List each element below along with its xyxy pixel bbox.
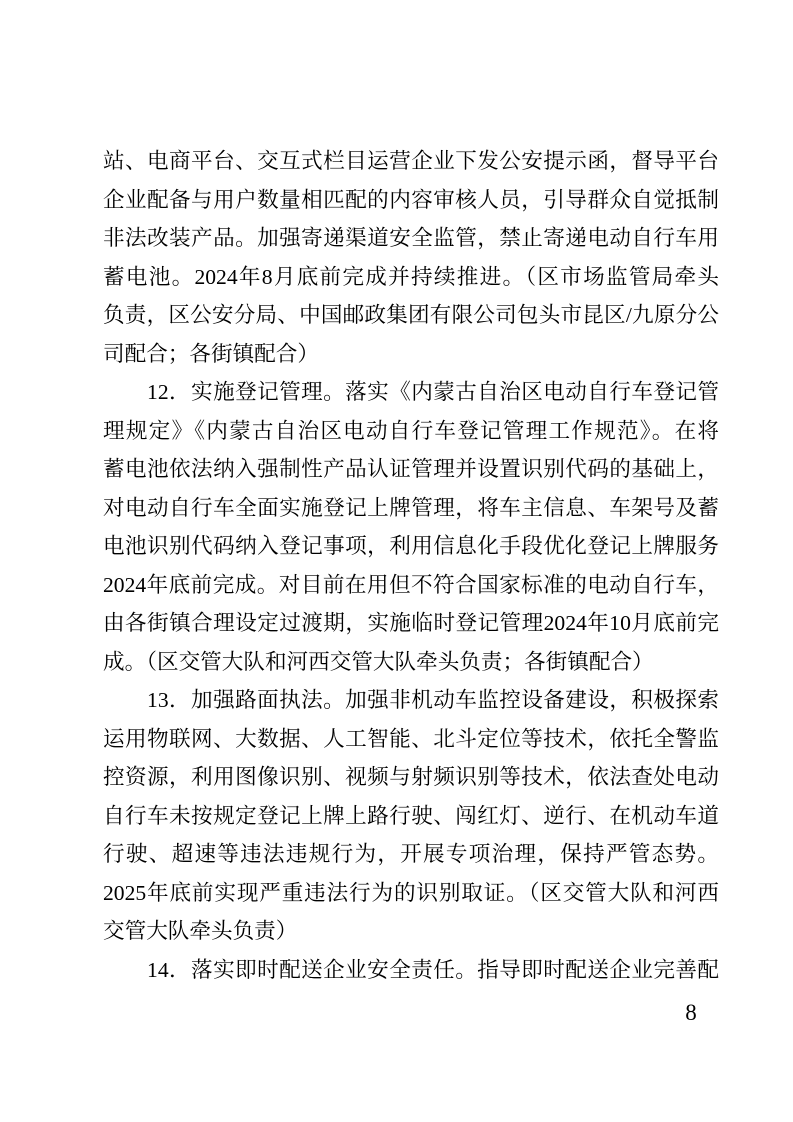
text-line: 负责，区公安分局、中国邮政集团有限公司包头市昆区/九原分公 — [103, 296, 719, 335]
text-line: 司配合；各街镇配合） — [103, 335, 719, 374]
page-number: 8 — [661, 998, 721, 1028]
paragraph: 14．落实即时配送企业安全责任。指导即时配送企业完善配 — [103, 951, 719, 990]
text-line: 对电动自行车全面实施登记上牌管理，将车主信息、车架号及蓄 — [103, 489, 719, 528]
text-line: 控资源，利用图像识别、视频与射频识别等技术，依法查处电动 — [103, 758, 719, 797]
text-line: 自行车未按规定登记上牌上路行驶、闯红灯、逆行、在机动车道 — [103, 797, 719, 836]
text-line: 理规定》《内蒙古自治区电动自行车登记管理工作规范》。在将 — [103, 412, 719, 451]
text-line: 非法改装产品。加强寄递渠道安全监管，禁止寄递电动自行车用 — [103, 219, 719, 258]
paragraph: 站、电商平台、交互式栏目运营企业下发公安提示函，督导平台企业配备与用户数量相匹配… — [103, 142, 719, 373]
text-line: 成。（区交管大队和河西交管大队牵头负责；各街镇配合） — [103, 643, 719, 682]
document-body: 站、电商平台、交互式栏目运营企业下发公安提示函，督导平台企业配备与用户数量相匹配… — [103, 142, 719, 989]
text-line: 14．落实即时配送企业安全责任。指导即时配送企业完善配 — [103, 951, 719, 990]
text-line: 12．实施登记管理。落实《内蒙古自治区电动自行车登记管 — [103, 373, 719, 412]
text-line: 13．加强路面执法。加强非机动车监控设备建设，积极探索 — [103, 681, 719, 720]
text-line: 由各街镇合理设定过渡期，实施临时登记管理2024年10月底前完 — [103, 604, 719, 643]
text-line: 企业配备与用户数量相匹配的内容审核人员，引导群众自觉抵制 — [103, 181, 719, 220]
text-line: 蓄电池依法纳入强制性产品认证管理并设置识别代码的基础上， — [103, 450, 719, 489]
text-line: 交管大队牵头负责） — [103, 912, 719, 951]
paragraph: 12．实施登记管理。落实《内蒙古自治区电动自行车登记管理规定》《内蒙古自治区电动… — [103, 373, 719, 681]
text-line: 运用物联网、大数据、人工智能、北斗定位等技术，依托全警监 — [103, 720, 719, 759]
text-line: 2024年底前完成。对目前在用但不符合国家标准的电动自行车， — [103, 566, 719, 605]
document-page: 站、电商平台、交互式栏目运营企业下发公安提示函，督导平台企业配备与用户数量相匹配… — [0, 0, 793, 1122]
text-line: 蓄电池。2024年8月底前完成并持续推进。（区市场监管局牵头 — [103, 258, 719, 297]
text-line: 电池识别代码纳入登记事项，利用信息化手段优化登记上牌服务 — [103, 527, 719, 566]
paragraph: 13．加强路面执法。加强非机动车监控设备建设，积极探索运用物联网、大数据、人工智… — [103, 681, 719, 951]
text-line: 站、电商平台、交互式栏目运营企业下发公安提示函，督导平台 — [103, 142, 719, 181]
text-line: 行驶、超速等违法违规行为，开展专项治理，保持严管态势。 — [103, 835, 719, 874]
text-line: 2025年底前实现严重违法行为的识别取证。（区交管大队和河西 — [103, 874, 719, 913]
